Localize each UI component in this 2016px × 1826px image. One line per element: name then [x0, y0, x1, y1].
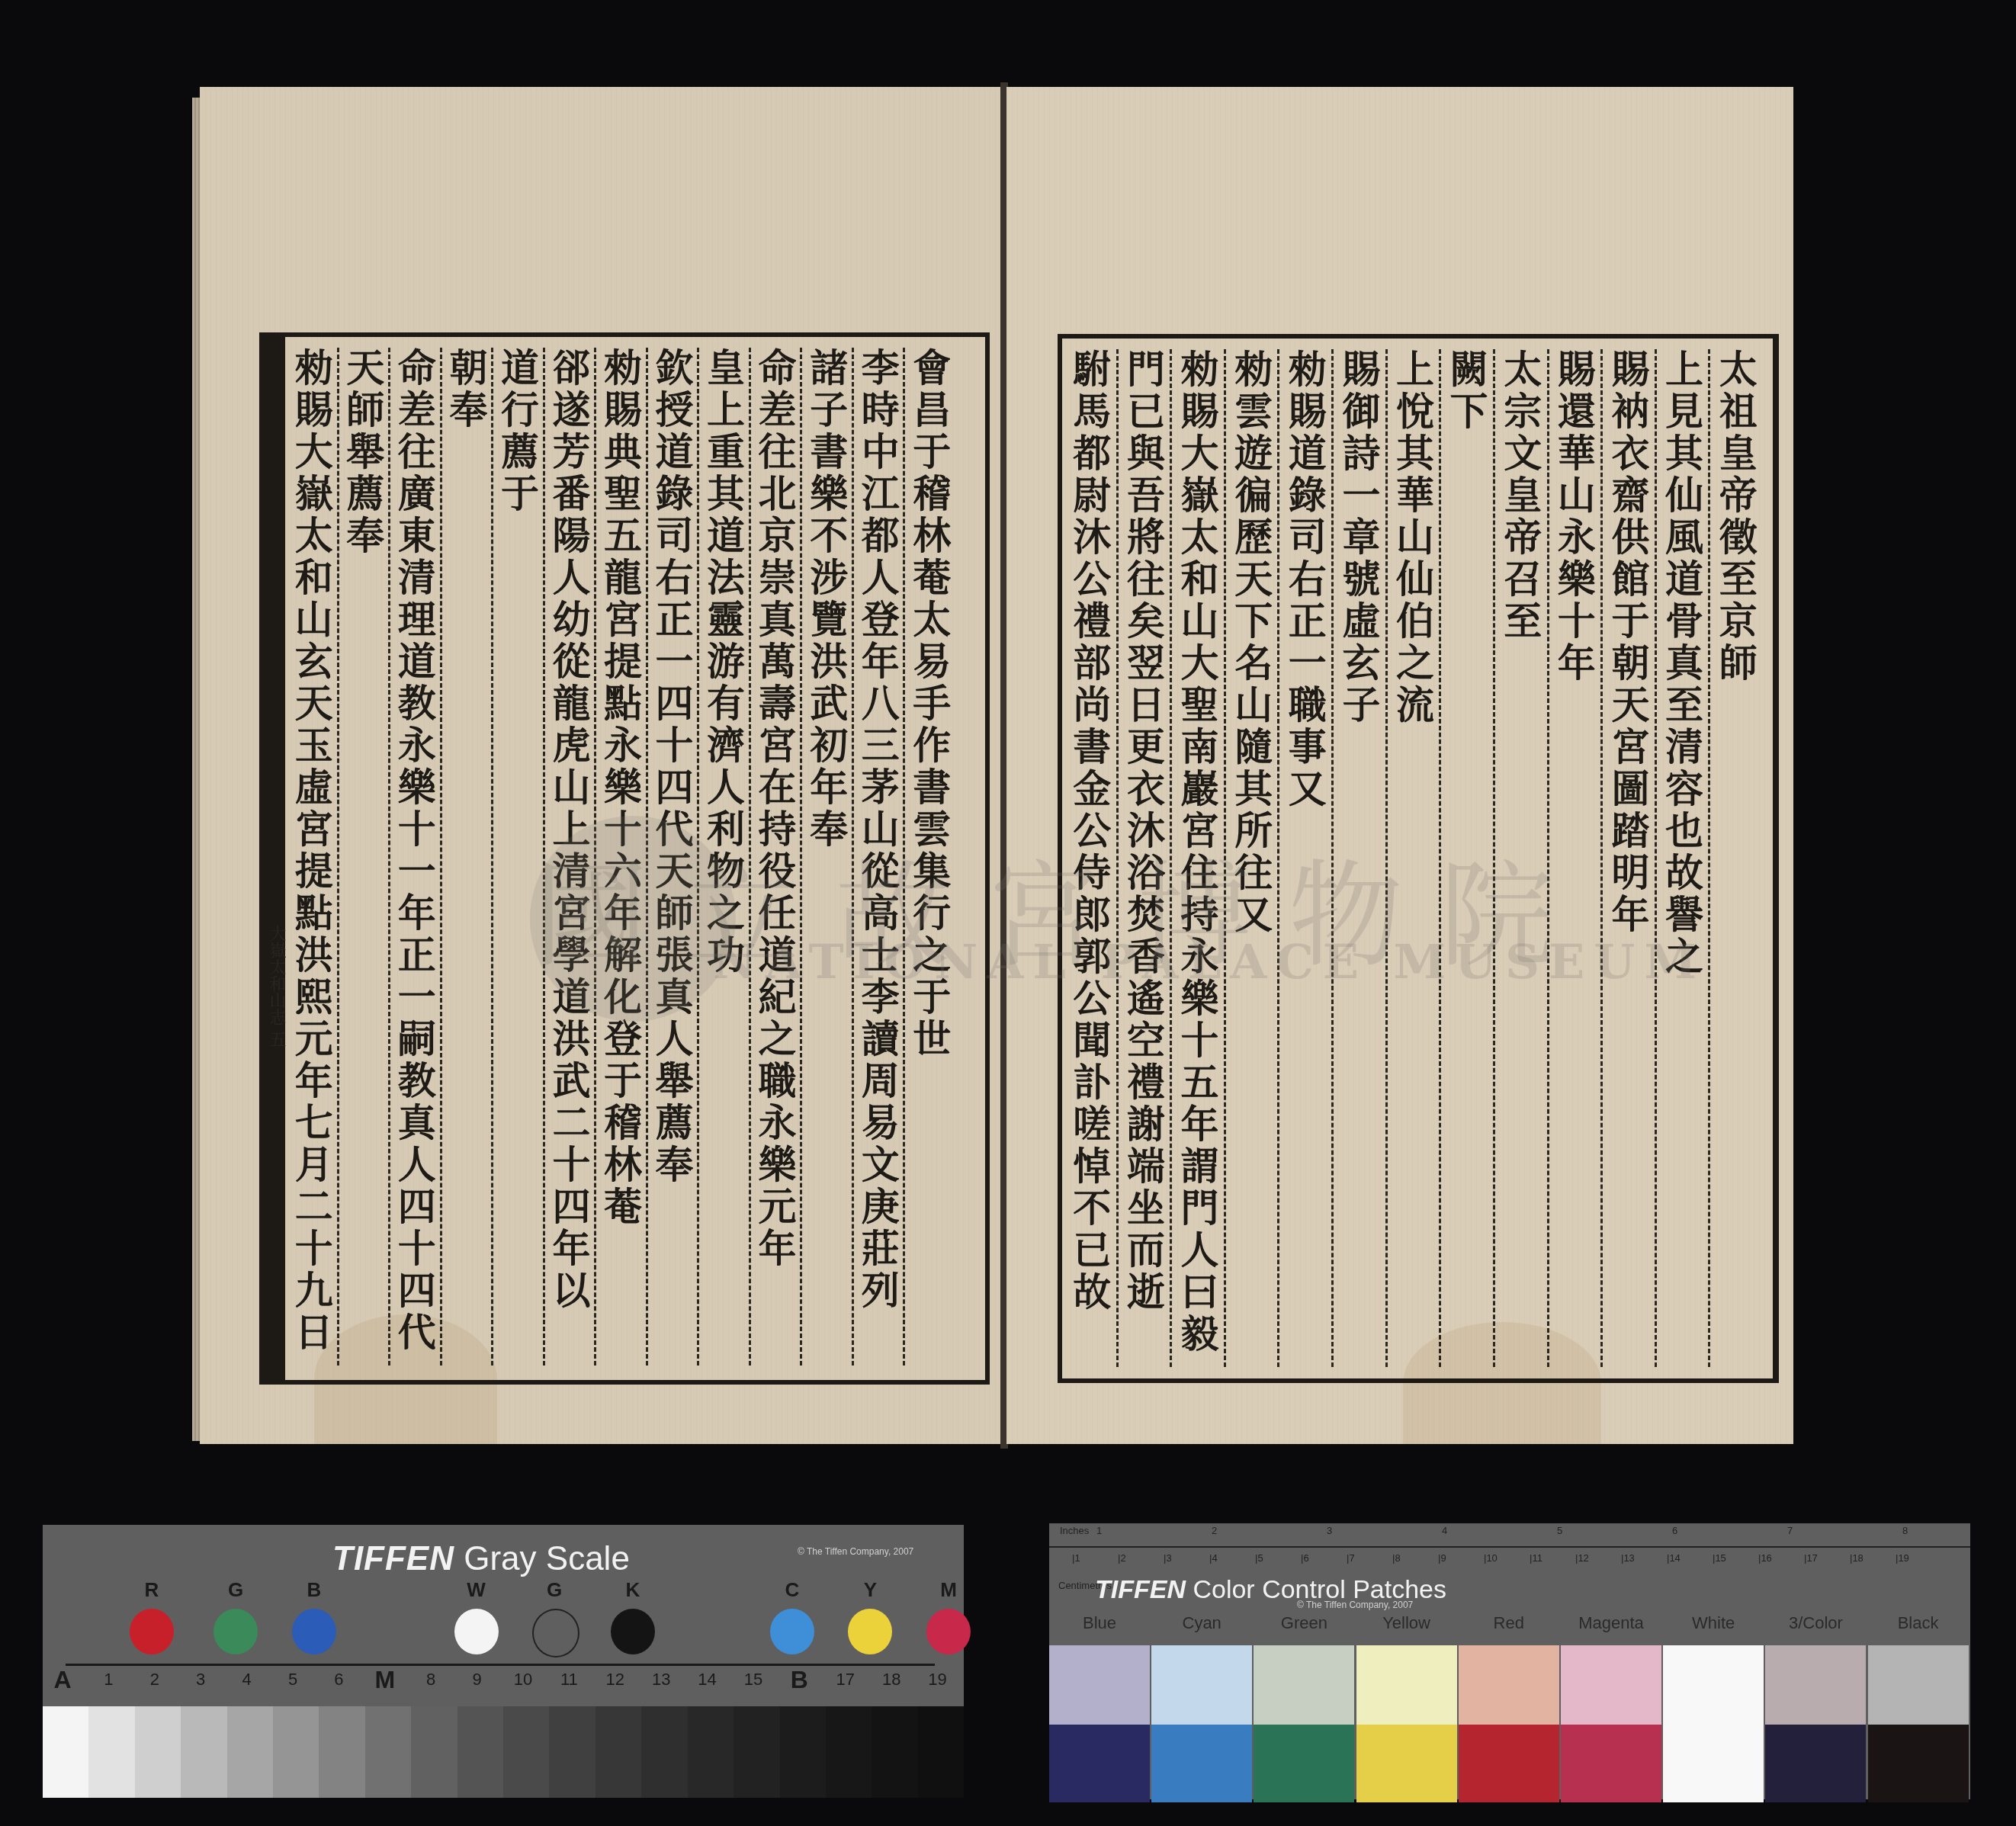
- patch-light: [1868, 1645, 1969, 1725]
- column-rule: [543, 348, 545, 1365]
- patch-label: Red: [1459, 1613, 1559, 1633]
- gray-step: [549, 1706, 595, 1798]
- scale-label: 19: [915, 1670, 961, 1690]
- patch-label: Yellow: [1356, 1613, 1457, 1633]
- gray-scale-card: TIFFEN Gray Scale © The Tiffen Company, …: [43, 1525, 964, 1798]
- patch-dark: [1765, 1725, 1866, 1802]
- text-column: 朝奉: [441, 348, 490, 432]
- color-patches-card: Inches 12345678 |1|2|3|4|5|6|7|8|9|10|11…: [1049, 1523, 1970, 1799]
- inch-tick: 2: [1212, 1525, 1217, 1536]
- cm-tick: |16: [1758, 1552, 1772, 1564]
- column-rule: [800, 348, 802, 1365]
- right-text-frame: 太祖皇帝徵至京師上見其仙風道骨真至清容也故譽之賜衲衣齋供館于朝天宮圖踏明年賜還華…: [1058, 334, 1779, 1383]
- card-title-text: Gray Scale: [464, 1540, 630, 1577]
- scale-label: 5: [270, 1670, 316, 1690]
- scale-label: B: [776, 1666, 822, 1694]
- scale-label: A: [40, 1666, 85, 1694]
- text-column: 闕下: [1442, 349, 1491, 433]
- tiffen-brand: TIFFEN: [332, 1540, 454, 1577]
- text-column: 太宗文皇帝召至: [1495, 349, 1544, 643]
- gray-scale-title: TIFFEN Gray Scale: [332, 1540, 630, 1578]
- text-column: 勑賜大嶽太和山大聖南巖宮住持永樂十五年謂門人曰毅: [1173, 349, 1221, 1356]
- fishtail-margin-left: 大嶽太和山志 五: [265, 925, 288, 1123]
- patch-light: [1663, 1645, 1764, 1725]
- cm-tick: |17: [1804, 1552, 1818, 1564]
- scale-label: 1: [85, 1670, 131, 1690]
- text-column: 勑賜大嶽太和山玄天玉虛宮提點洪熙元年七月二十九日: [287, 348, 335, 1354]
- column-rule: [337, 348, 339, 1365]
- copyright: © The Tiffen Company, 2007: [798, 1546, 913, 1557]
- patch-light: [1254, 1645, 1354, 1725]
- gray-step: [918, 1706, 964, 1798]
- scale-label: 10: [500, 1670, 546, 1690]
- patch-label: Green: [1254, 1613, 1354, 1633]
- color-dot: [532, 1609, 579, 1658]
- cm-tick: |19: [1896, 1552, 1909, 1564]
- gray-step: [503, 1706, 549, 1798]
- patch-light: [1151, 1645, 1252, 1725]
- scale-label: 14: [685, 1670, 730, 1690]
- inch-tick: 5: [1557, 1525, 1562, 1536]
- text-column: 上見其仙風道骨真至清容也故譽之: [1657, 349, 1706, 978]
- cm-tick: |18: [1850, 1552, 1864, 1564]
- cm-tick: |5: [1255, 1552, 1263, 1564]
- dot-label: B: [291, 1578, 337, 1602]
- gray-step: [43, 1706, 88, 1798]
- dot-label: K: [610, 1578, 656, 1602]
- text-column: 勑賜典聖五龍宮提點永樂十六年解化登于稽林菴: [595, 348, 644, 1228]
- dot-label: C: [769, 1578, 815, 1602]
- column-rule: [1493, 349, 1495, 1367]
- cm-tick: |3: [1164, 1552, 1172, 1564]
- text-column: 命差往廣東清理道教永樂十一年正一嗣教真人四十四代: [390, 348, 438, 1354]
- column-rule: [388, 348, 390, 1365]
- column-rule: [852, 348, 854, 1365]
- text-column: 道行薦于: [493, 348, 541, 515]
- text-column: 會昌于稽林菴太易手作書雲集行之于世: [904, 348, 953, 1061]
- column-rule: [1439, 349, 1441, 1367]
- cm-tick: |7: [1347, 1552, 1355, 1564]
- patch-label: Black: [1868, 1613, 1969, 1633]
- column-rule: [1331, 349, 1334, 1367]
- scale-label: 4: [224, 1670, 270, 1690]
- gray-step: [88, 1706, 134, 1798]
- scale-label: 6: [316, 1670, 361, 1690]
- patch-dark: [1151, 1725, 1252, 1802]
- inch-tick: 8: [1902, 1525, 1908, 1536]
- gray-step: [734, 1706, 779, 1798]
- color-dot: [130, 1609, 174, 1654]
- column-rule: [1116, 349, 1119, 1367]
- gray-step: [365, 1706, 411, 1798]
- fishtail-title: 大嶽太和山志: [267, 925, 286, 1025]
- scale-label: 8: [408, 1670, 454, 1690]
- cm-tick: |8: [1392, 1552, 1401, 1564]
- column-rule: [491, 348, 493, 1365]
- scale-label: 15: [730, 1670, 776, 1690]
- cm-tick: |9: [1438, 1552, 1446, 1564]
- color-dot: [292, 1609, 336, 1654]
- color-dot: [454, 1609, 499, 1654]
- cm-tick: |13: [1621, 1552, 1635, 1564]
- patch-dark: [1254, 1725, 1354, 1802]
- gray-step: [273, 1706, 319, 1798]
- open-book: 會昌于稽林菴太易手作書雲集行之于世李時中江都人登年八三茅山從高士李讀周易文庚莊列…: [192, 82, 1797, 1449]
- color-dot: [848, 1609, 892, 1654]
- ruler: Inches 12345678 |1|2|3|4|5|6|7|8|9|10|11…: [1049, 1523, 1970, 1569]
- patch-dark: [1561, 1725, 1661, 1802]
- patch-label: Magenta: [1561, 1613, 1661, 1633]
- patch-dark: [1459, 1725, 1559, 1802]
- scale-label: M: [362, 1666, 408, 1694]
- column-rule: [749, 348, 751, 1365]
- cm-tick: |4: [1209, 1552, 1218, 1564]
- text-column: 門已與吾將往矣翌日更衣沐浴焚香遙空禮謝端坐而逝: [1119, 349, 1167, 1314]
- cm-tick: |12: [1575, 1552, 1589, 1564]
- gray-step: [872, 1706, 917, 1798]
- scale-label: 2: [132, 1670, 178, 1690]
- gray-step: [411, 1706, 457, 1798]
- text-column: 天師舉薦奉: [338, 348, 387, 557]
- cm-tick: |6: [1301, 1552, 1309, 1564]
- tiffen-brand: TIFFEN: [1095, 1575, 1186, 1604]
- dot-label: W: [454, 1578, 499, 1602]
- cm-tick: |14: [1667, 1552, 1681, 1564]
- patch-light: [1561, 1645, 1661, 1725]
- patch-dark: [1356, 1725, 1457, 1802]
- inch-tick: 4: [1442, 1525, 1447, 1536]
- cm-tick: |1: [1072, 1552, 1080, 1564]
- gray-step: [227, 1706, 273, 1798]
- scale-label: 12: [592, 1670, 638, 1690]
- patch-light: [1049, 1645, 1150, 1725]
- dot-label: M: [926, 1578, 971, 1602]
- patch-dark: [1663, 1725, 1764, 1802]
- copyright: © The Tiffen Company, 2007: [1297, 1600, 1413, 1610]
- patch-light: [1459, 1645, 1559, 1725]
- text-column: 賜御詩一章號虛玄子: [1334, 349, 1382, 727]
- patch-label: Blue: [1049, 1613, 1150, 1633]
- inch-tick: 1: [1096, 1525, 1102, 1536]
- cm-tick: |15: [1713, 1552, 1726, 1564]
- text-column: 欽授道錄司右正一四十四代天師張真人舉薦奉: [647, 348, 696, 1186]
- text-column: 太祖皇帝徵至京師: [1711, 349, 1760, 685]
- scale-label: 13: [638, 1670, 684, 1690]
- text-column: 命差往北京崇真萬壽宮在持役任道紀之職永樂元年: [750, 348, 799, 1270]
- text-column: 上悅其華山仙伯之流: [1388, 349, 1437, 727]
- inch-tick: 3: [1327, 1525, 1332, 1536]
- patch-label: White: [1663, 1613, 1764, 1633]
- column-rule: [1277, 349, 1279, 1367]
- gray-step: [688, 1706, 734, 1798]
- patch-light: [1765, 1645, 1866, 1725]
- column-rule: [1708, 349, 1710, 1367]
- color-dot: [611, 1609, 655, 1654]
- inch-tick: 6: [1672, 1525, 1677, 1536]
- patch-label: 3/Color: [1765, 1613, 1866, 1633]
- column-rule: [1224, 349, 1226, 1367]
- column-rule: [1547, 349, 1549, 1367]
- column-rule: [1170, 349, 1172, 1367]
- color-dot: [926, 1609, 971, 1654]
- color-dot: [213, 1609, 258, 1654]
- cm-tick: |10: [1484, 1552, 1498, 1564]
- gray-step: [641, 1706, 687, 1798]
- text-column: 賜還華山永樂十年: [1549, 349, 1598, 685]
- gray-step: [826, 1706, 872, 1798]
- text-column: 諸子書樂不涉覽洪武初年奉: [801, 348, 850, 851]
- leaf-number: 五: [267, 1031, 286, 1048]
- cm-tick: |2: [1118, 1552, 1126, 1564]
- scale-label: 9: [454, 1670, 500, 1690]
- patch-dark: [1049, 1725, 1150, 1802]
- scale-label: 18: [868, 1670, 914, 1690]
- text-column: 賜衲衣齋供館于朝天宮圖踏明年: [1603, 349, 1652, 936]
- text-column: 駙馬都尉沐公禮部尚書金公侍郎郭公聞訃嗟悼不已故: [1064, 349, 1113, 1314]
- gray-step: [780, 1706, 826, 1798]
- gray-steps: [43, 1706, 964, 1798]
- dot-label: G: [213, 1578, 258, 1602]
- gray-step: [457, 1706, 503, 1798]
- patch-dark: [1868, 1725, 1969, 1802]
- gray-step: [595, 1706, 641, 1798]
- text-column: 李時中江都人登年八三茅山從高士李讀周易文庚莊列: [853, 348, 902, 1312]
- column-rule: [1655, 349, 1657, 1367]
- text-column: 勑賜道錄司右正一職事又: [1280, 349, 1329, 810]
- dot-label: R: [129, 1578, 175, 1602]
- column-rule: [440, 348, 442, 1365]
- gray-step: [181, 1706, 226, 1798]
- cm-tick: |11: [1530, 1552, 1542, 1564]
- patch-label: Cyan: [1151, 1613, 1252, 1633]
- color-dot: [770, 1609, 814, 1654]
- museum-logo-watermark: [530, 816, 736, 1022]
- scale-label: 11: [546, 1670, 592, 1690]
- inches-label: Inches: [1060, 1525, 1089, 1536]
- patch-light: [1356, 1645, 1457, 1725]
- column-rule: [1600, 349, 1603, 1367]
- dot-label: G: [531, 1578, 577, 1602]
- gray-step: [319, 1706, 364, 1798]
- scale-label: 17: [823, 1670, 868, 1690]
- column-rule: [1385, 349, 1388, 1367]
- dot-label: Y: [847, 1578, 893, 1602]
- inch-tick: 7: [1787, 1525, 1793, 1536]
- gray-step: [135, 1706, 181, 1798]
- text-column: 勑雲遊徧歷天下名山隨其所往又: [1226, 349, 1275, 936]
- column-rule: [903, 348, 905, 1365]
- scale-label: 3: [178, 1670, 223, 1690]
